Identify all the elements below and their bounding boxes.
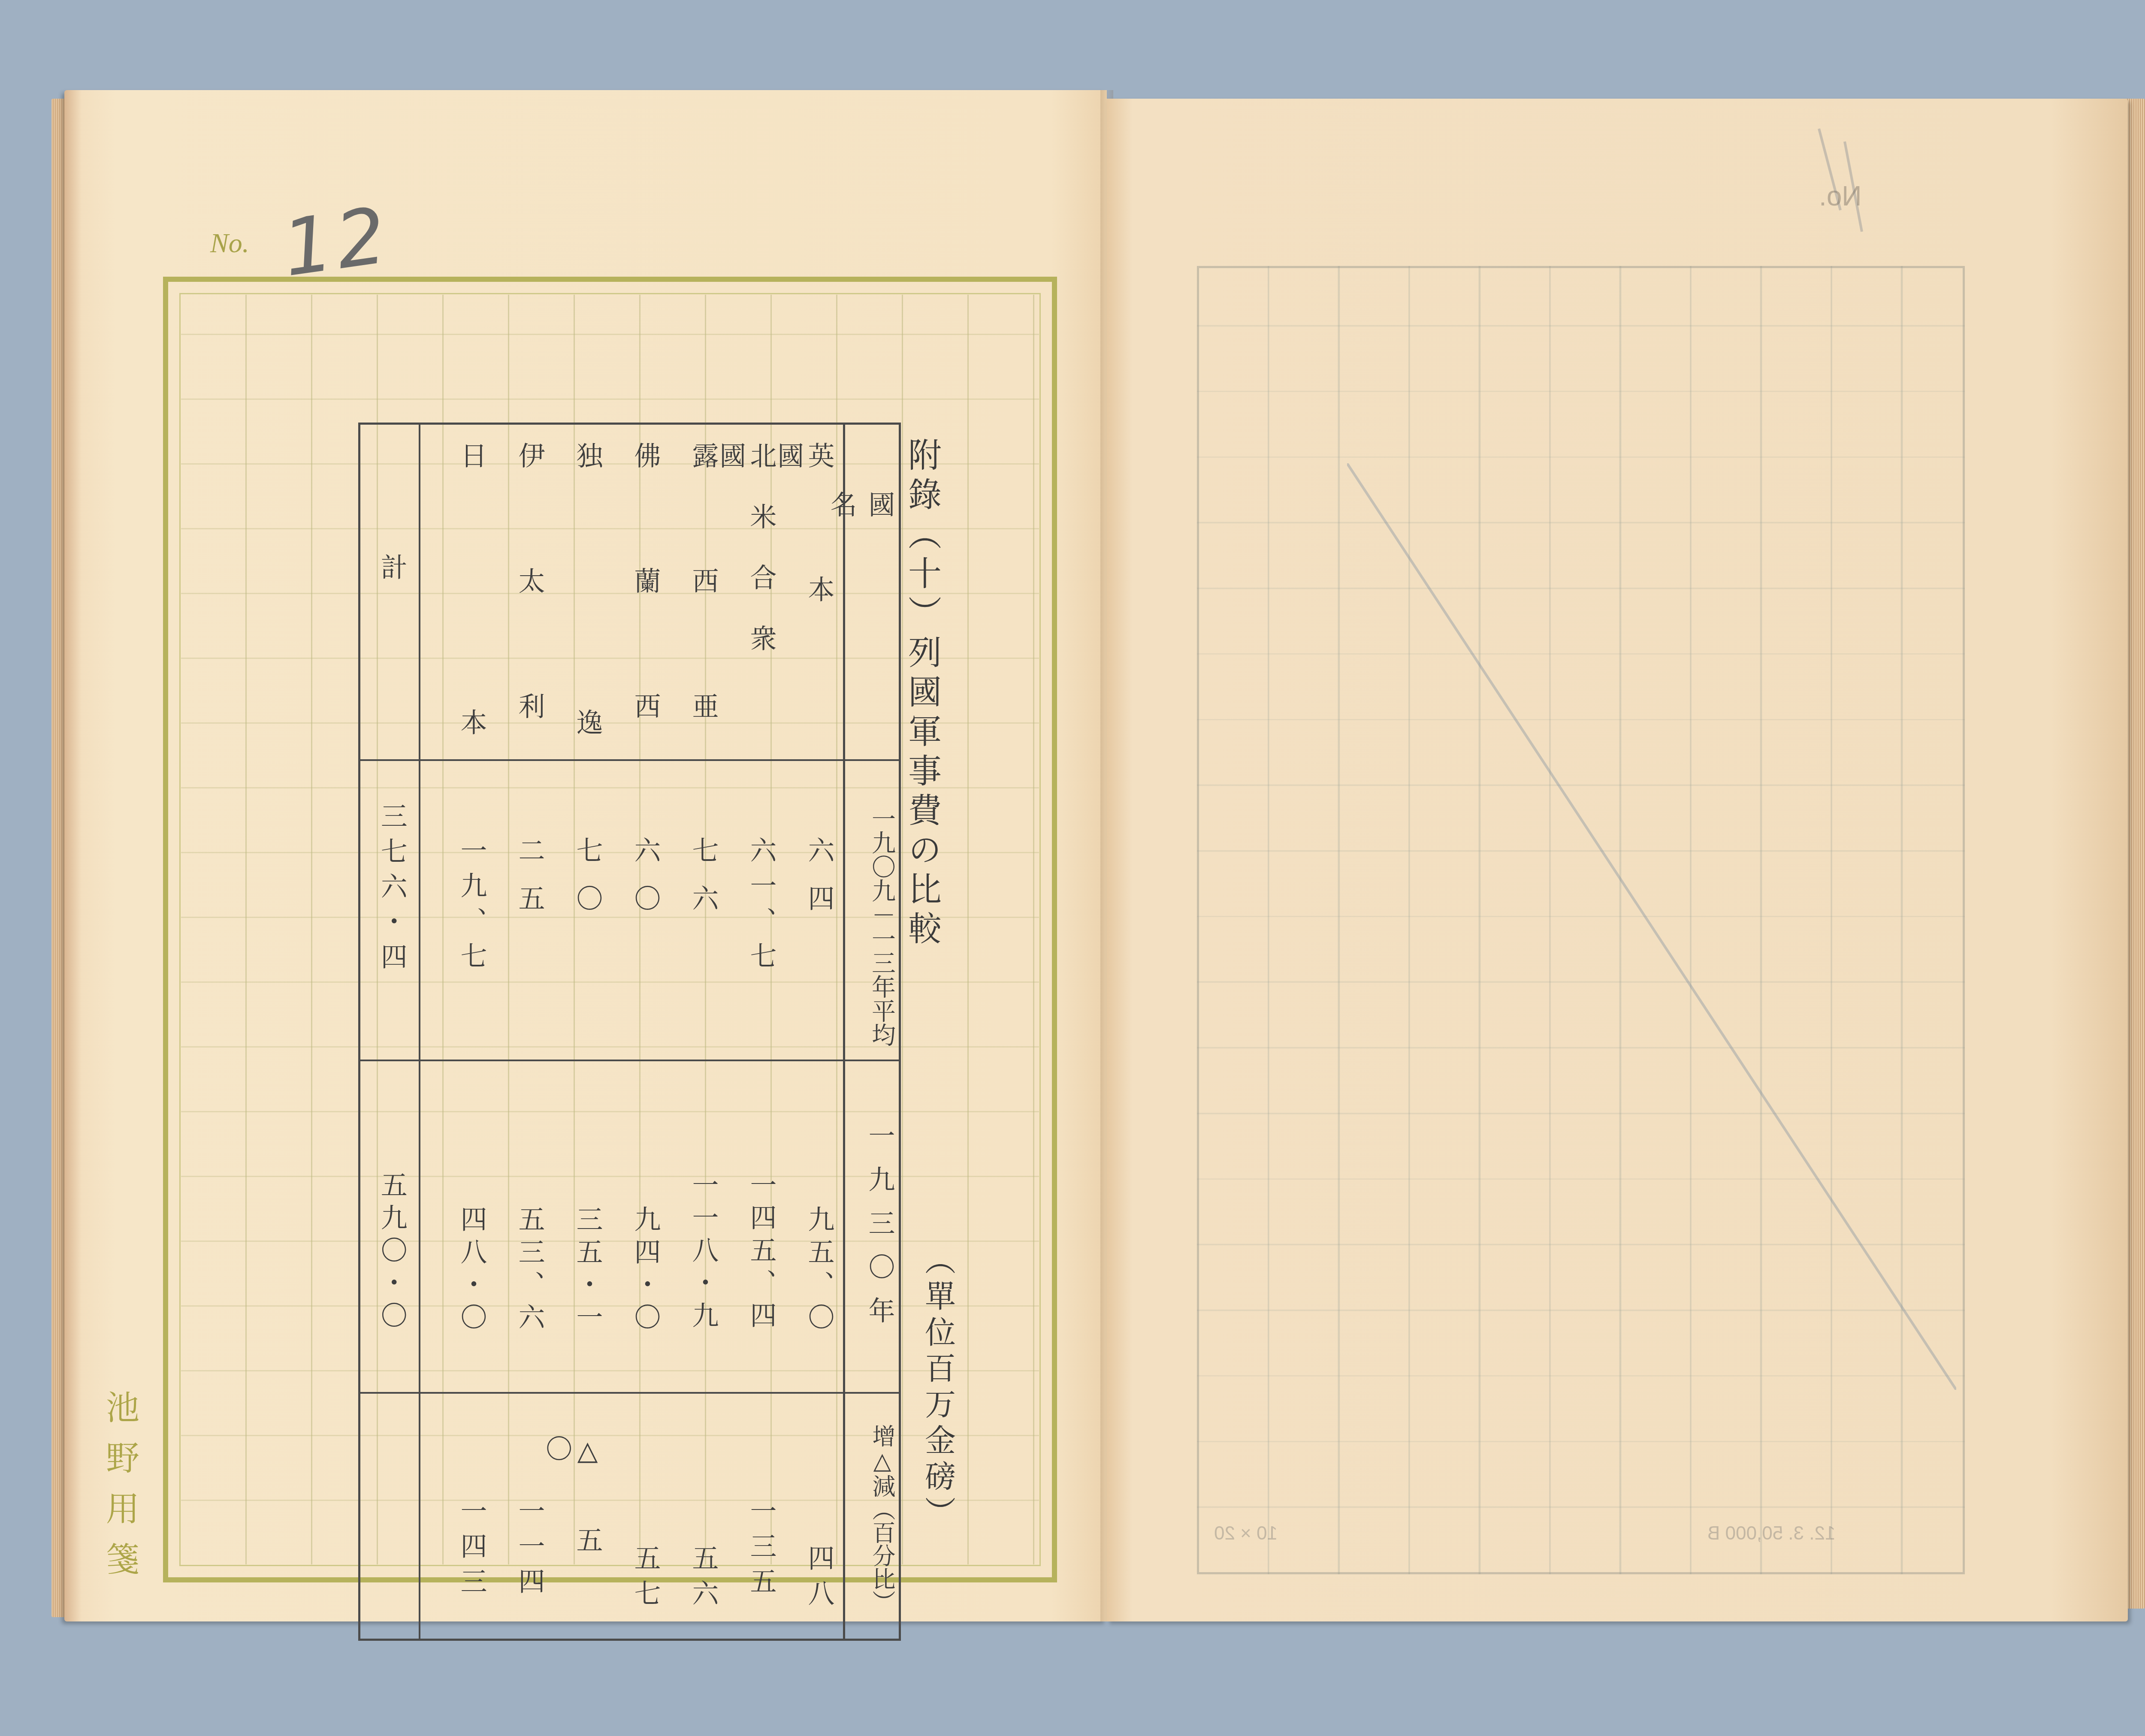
page-number-label: No. xyxy=(210,227,249,259)
row-us-country: 北米合衆國 xyxy=(715,442,776,742)
row-russia-1930: 一一八・九 xyxy=(688,1171,719,1334)
row-italy-avg: 二五 xyxy=(514,836,545,933)
right-page: No. 10 × 20 12. 3. 50,000 B xyxy=(1107,99,2128,1621)
row-japan-avg: 一九、七 xyxy=(456,836,487,977)
left-page: No. 12 池野用箋 附錄（十）列國軍事費の比較 （單位百万金磅） 國名 一九… xyxy=(64,90,1107,1621)
header-country: 國名 xyxy=(845,442,899,738)
row-italy-change: 一一四 xyxy=(514,1497,545,1603)
row-japan-change: 一四三 xyxy=(456,1497,487,1603)
header-avg-1909-13: 一九〇九－一三年平均 xyxy=(845,794,899,1060)
header-change-pct: 增△減（百分比） xyxy=(845,1416,899,1621)
row-italy-1930: 五三、六 xyxy=(514,1205,545,1336)
row-russia-change: 五六 xyxy=(688,1544,719,1615)
row-total-country: 計 xyxy=(377,553,407,580)
row-russia-avg: 七六 xyxy=(688,836,719,933)
row-france-country: 佛蘭西 xyxy=(630,442,661,818)
row-germany-1930: 三五・一 xyxy=(572,1205,603,1336)
stationery-brand: 池野用箋 xyxy=(109,1390,144,1592)
open-notebook: No. 12 池野用箋 附錄（十）列國軍事費の比較 （單位百万金磅） 國名 一九… xyxy=(64,90,2128,1621)
row-germany-change: △五〇 xyxy=(541,1435,603,1639)
row-france-1930: 九四・〇 xyxy=(630,1205,661,1336)
row-us-avg: 六一、七 xyxy=(746,836,776,977)
mirrored-footer-left: 10 × 20 xyxy=(1214,1523,1278,1544)
row-germany-avg: 七〇 xyxy=(572,836,603,933)
row-uk-country: 英本國 xyxy=(773,442,834,742)
table-header-column: 國名 一九〇九－一三年平均 一九三〇年 增△減（百分比） xyxy=(843,425,899,1639)
header-1930: 一九三〇年 xyxy=(845,1111,899,1351)
unit-note: （單位百万金磅） xyxy=(922,1244,953,1532)
row-total-1930: 五九〇・〇 xyxy=(377,1171,407,1334)
mirrored-footer-right: 12. 3. 50,000 B xyxy=(1707,1523,1835,1544)
table-total-column xyxy=(360,425,420,1639)
document-title: 附錄（十）列國軍事費の比較 xyxy=(905,438,939,951)
row-us-1930: 一四五、四 xyxy=(746,1171,776,1334)
bleedthrough-diagonal-line xyxy=(1347,463,1956,1390)
row-uk-1930: 九五、〇 xyxy=(804,1205,834,1336)
row-japan-1930: 四八・〇 xyxy=(456,1205,487,1336)
row-uk-change: 四八 xyxy=(804,1544,834,1615)
row-italy-country: 伊太利 xyxy=(514,442,545,818)
row-russia-country: 露西亜 xyxy=(688,442,719,818)
military-expenditure-table: 國名 一九〇九－一三年平均 一九三〇年 增△減（百分比） 英本國 北米合衆國 露… xyxy=(358,423,901,1641)
page-edges-right xyxy=(2126,99,2145,1609)
mirrored-number-label: No. xyxy=(1819,180,1862,212)
row-total-avg: 三七六・四 xyxy=(377,802,407,978)
row-uk-avg: 六四 xyxy=(804,836,834,933)
row-france-change: 五七 xyxy=(630,1544,661,1615)
row-france-avg: 六〇 xyxy=(630,836,661,933)
row-us-change: 一三五 xyxy=(746,1497,776,1603)
